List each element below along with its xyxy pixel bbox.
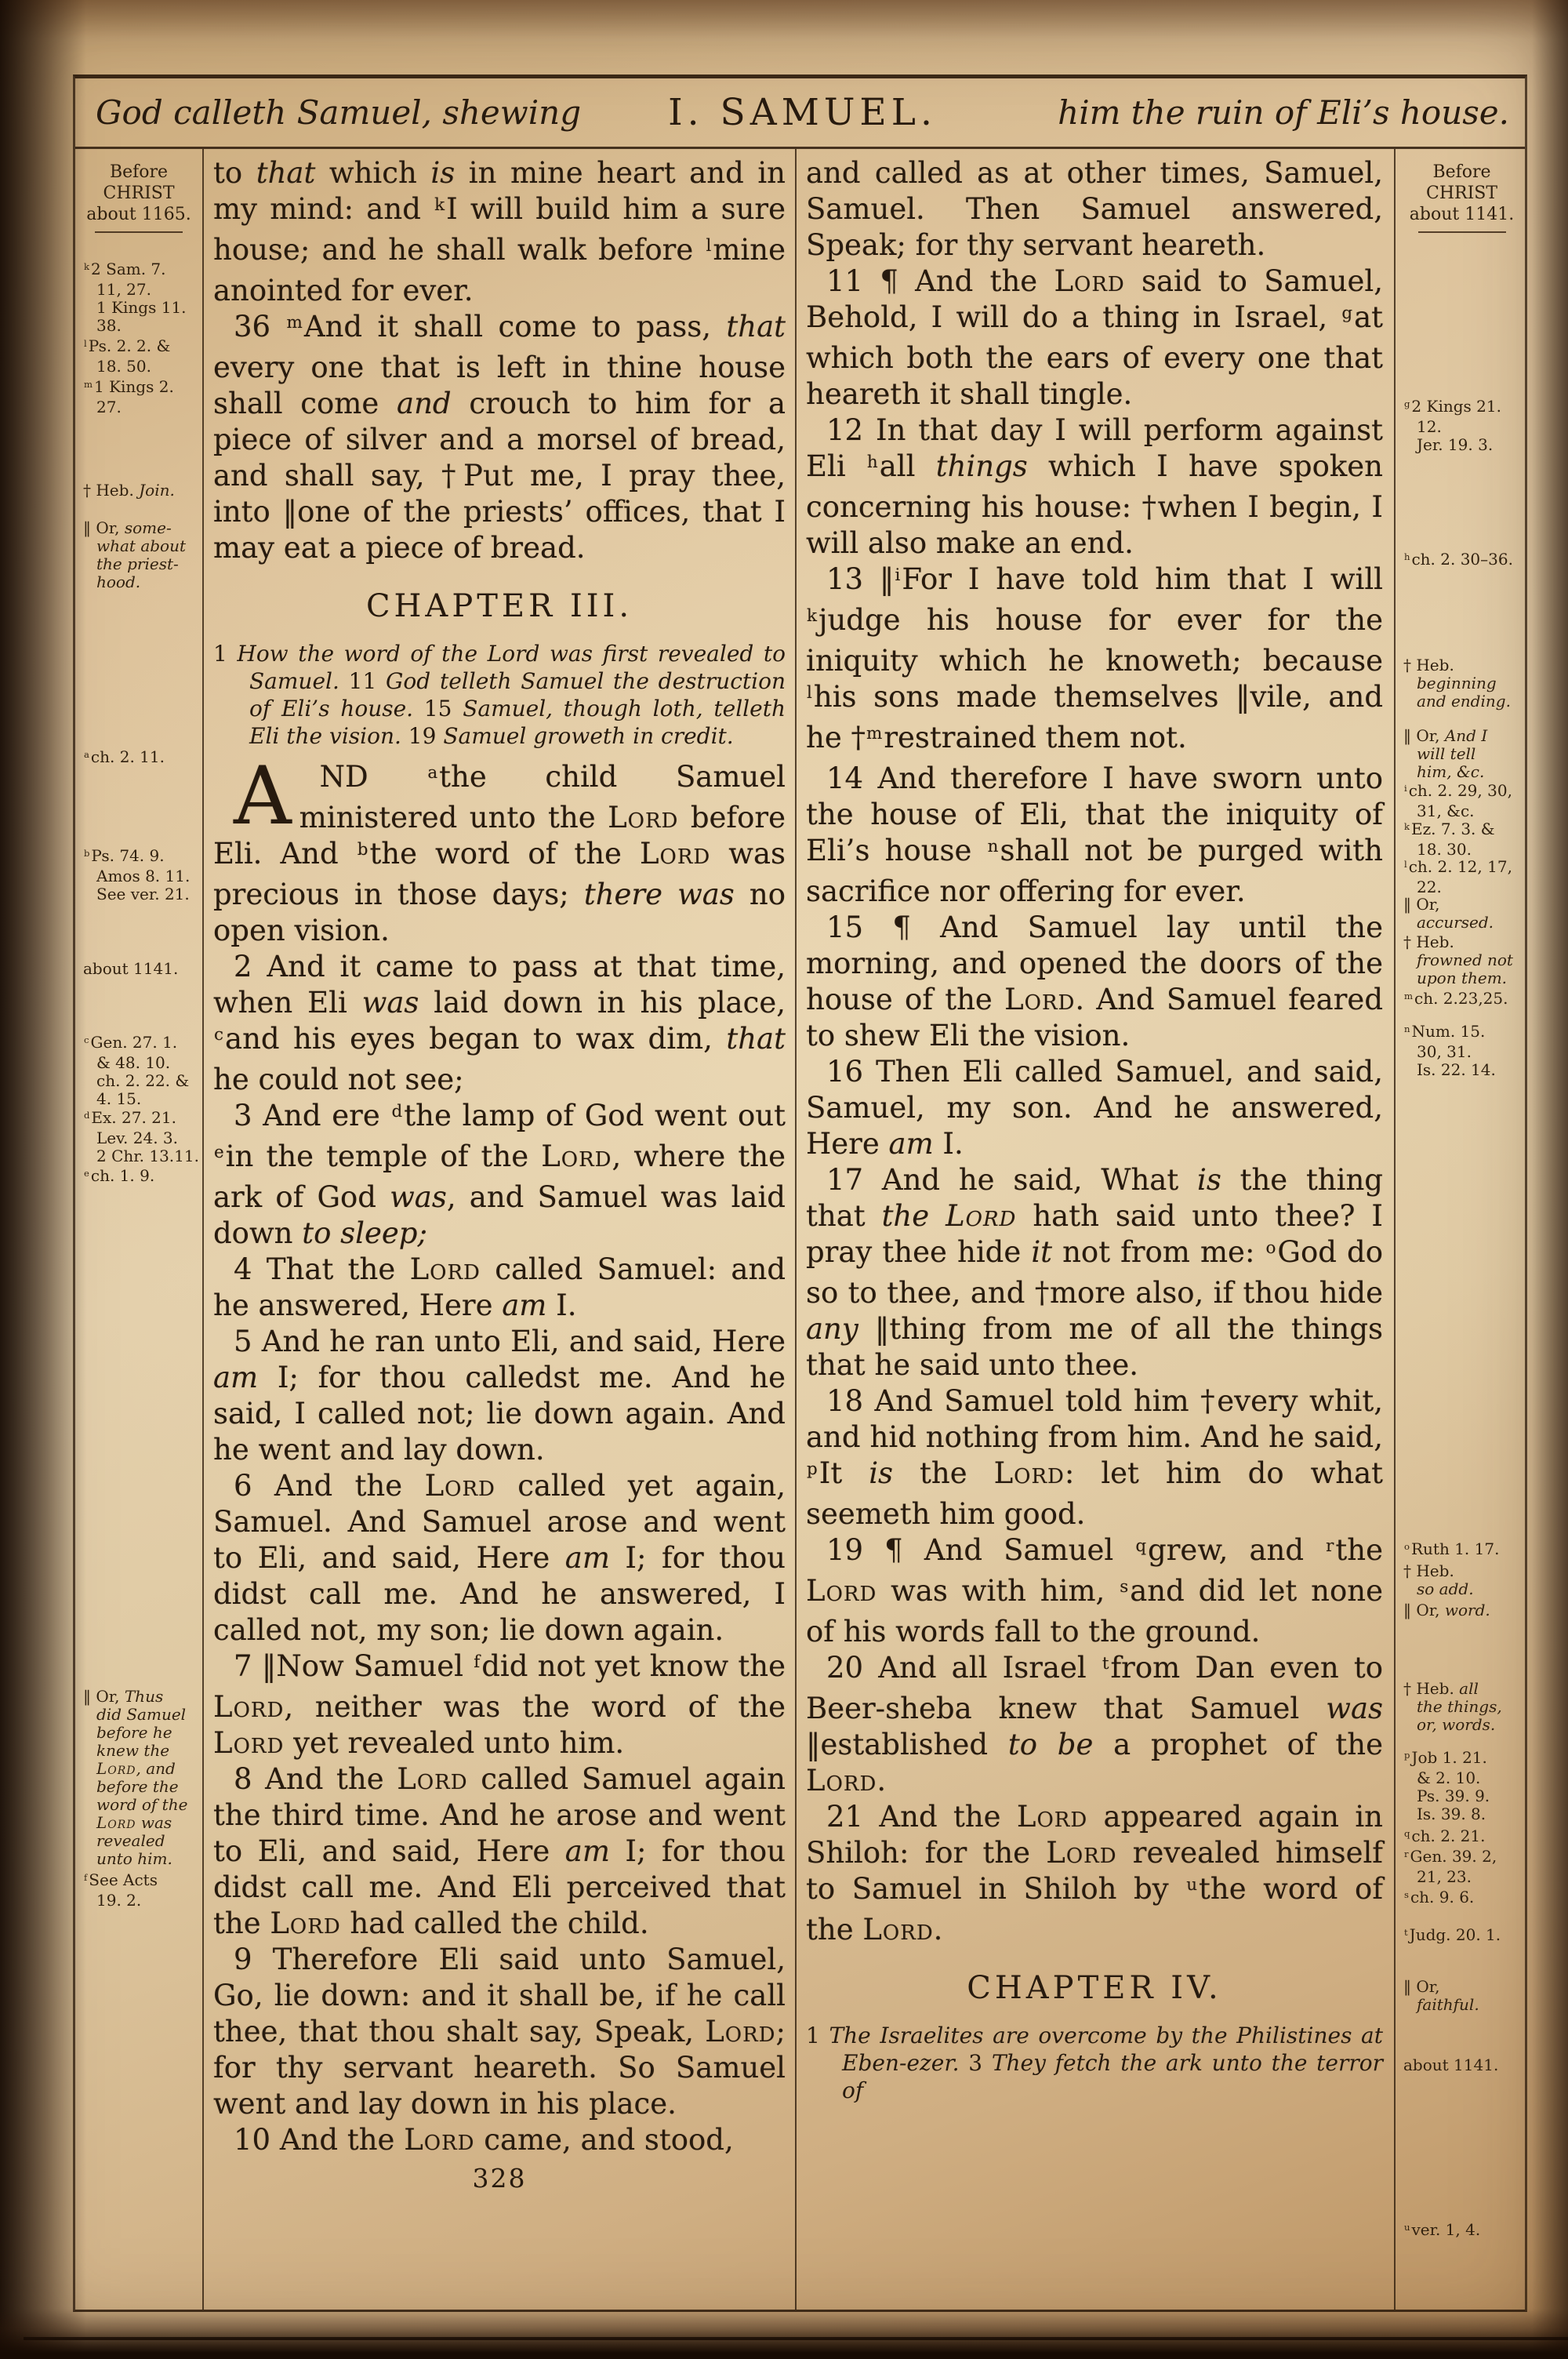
- verse-paragraph: and called as at other times, Samuel, Sa…: [806, 155, 1383, 264]
- verse-paragraph: 3 And ere dthe lamp of God went out ein …: [213, 1098, 786, 1252]
- drop-cap: A: [213, 759, 299, 828]
- margin-note: oRuth 1. 17.: [1403, 1540, 1525, 1561]
- margin-note: k2 Sam. 7.11, 27.1 Kings 11.38.: [83, 260, 199, 335]
- margin-note: about 1141.: [83, 960, 199, 978]
- margin-note: ‖ Or, And Iwill tellhim, &c.: [1403, 727, 1525, 781]
- margin-note: nNum. 15.30, 31.Is. 22. 14.: [1403, 1023, 1525, 1079]
- verse-paragraph: 11 ¶ And the Lord said to Samuel, Behold…: [806, 264, 1383, 413]
- margin-note: lch. 2. 12, 17,22.: [1403, 858, 1525, 896]
- chapter-heading: CHAPTER III.: [213, 588, 786, 624]
- book-gutter-shadow: [0, 0, 86, 2359]
- margin-note: about 1141.: [1403, 2056, 1525, 2074]
- margin-note: mch. 2.23,25.: [1403, 990, 1525, 1010]
- page-edge-line: [24, 2337, 1568, 2340]
- before-christ-header: BeforeCHRISTabout 1165.: [75, 162, 202, 233]
- running-head-left: God calleth Samuel, shewing: [75, 93, 644, 132]
- verse-paragraph: 5 And he ran unto Eli, and said, Here am…: [213, 1324, 786, 1468]
- verse-paragraph: 21 And the Lord appeared again in Shiloh…: [806, 1799, 1383, 1948]
- verse-paragraph: to that which is in mine heart and in my…: [213, 155, 786, 309]
- margin-note: † Heb. allthe things,or, words.: [1403, 1680, 1525, 1734]
- verse-paragraph: 10 And the Lord came, and stood,: [213, 2122, 786, 2158]
- scanned-bible-page: God calleth Samuel, shewing I. SAMUEL. h…: [0, 0, 1568, 2359]
- verse-paragraph: 18 And Samuel told him †every whit, and …: [806, 1383, 1383, 1532]
- before-christ-header: BeforeCHRISTabout 1141.: [1396, 162, 1528, 233]
- verse-paragraph: 13 ‖iFor I have told him that I will kju…: [806, 562, 1383, 761]
- margin-note: sch. 9. 6.: [1403, 1888, 1525, 1909]
- verse-paragraph: 15 ¶ And Samuel lay until the morning, a…: [806, 910, 1383, 1054]
- margin-note: g2 Kings 21.12.Jer. 19. 3.: [1403, 398, 1525, 454]
- verse-paragraph: 16 Then Eli called Samuel, and said, Sam…: [806, 1054, 1383, 1162]
- page-number: 328: [213, 2163, 786, 2194]
- running-head: God calleth Samuel, shewing I. SAMUEL. h…: [75, 78, 1525, 149]
- margin-note: ‖ Or, word.: [1403, 1601, 1525, 1619]
- margin-note: ich. 2. 29, 30,31, &c.: [1403, 782, 1525, 820]
- margin-note: lPs. 2. 2. &18. 50.: [83, 337, 199, 376]
- left-text-column: to that which is in mine heart and in my…: [204, 149, 795, 2310]
- verse-paragraph: 14 And therefore I have sworn unto the h…: [806, 761, 1383, 910]
- verse-paragraph: 17 And he said, What is the thing that t…: [806, 1162, 1383, 1383]
- right-margin-column: BeforeCHRISTabout 1141.g2 Kings 21.12.Je…: [1396, 149, 1528, 2310]
- margin-rule: [1418, 231, 1506, 233]
- margin-note: tJudg. 20. 1.: [1403, 1926, 1525, 1946]
- margin-note: † Heb.frowned notupon them.: [1403, 933, 1525, 987]
- verse-paragraph: 2 And it came to pass at that time, when…: [213, 949, 786, 1098]
- margin-note: fSee Acts19. 2.: [83, 1871, 199, 1910]
- verse-paragraph: 4 That the Lord called Samuel: and he an…: [213, 1252, 786, 1324]
- margin-note: dEx. 27. 21.Lev. 24. 3.2 Chr. 13.11.: [83, 1109, 199, 1165]
- right-edge-shadow: [1532, 0, 1568, 2359]
- verse-paragraph: 19 ¶ And Samuel qgrew, and rthe Lord was…: [806, 1532, 1383, 1650]
- verse-paragraph: 12 In that day I will perform against El…: [806, 413, 1383, 562]
- margin-note: qch. 2. 21.: [1403, 1827, 1525, 1848]
- verse-paragraph: AND athe child Samuel ministered unto th…: [213, 759, 786, 949]
- chapter-summary: 1 How the word of the Lord was first rev…: [213, 640, 786, 750]
- margin-note: hch. 2. 30–36.: [1403, 551, 1525, 571]
- running-head-title: I. SAMUEL.: [644, 91, 960, 134]
- margin-note: m1 Kings 2.27.: [83, 378, 199, 416]
- margin-note: † Heb.so add.: [1403, 1562, 1525, 1598]
- verse-paragraph: 8 And the Lord called Samuel again the t…: [213, 1761, 786, 1942]
- margin-note: ‖ Or, some-what aboutthe priest-hood.: [83, 519, 199, 591]
- margin-note: cGen. 27. 1.& 48. 10.ch. 2. 22. &4. 15.: [83, 1034, 199, 1108]
- running-head-right: him the ruin of Eli’s house.: [960, 93, 1525, 132]
- margin-note: rGen. 39. 2,21, 23.: [1403, 1848, 1525, 1886]
- margin-rule: [95, 231, 183, 233]
- margin-note: ‖ Or,accursed.: [1403, 896, 1525, 932]
- verse-paragraph: 6 And the Lord called yet again, Samuel.…: [213, 1468, 786, 1648]
- margin-note: ‖ Or,faithful.: [1403, 1978, 1525, 2014]
- chapter-heading: CHAPTER IV.: [806, 1970, 1383, 2006]
- right-text-column: and called as at other times, Samuel, Sa…: [797, 149, 1394, 2310]
- verse-paragraph: 20 And all Israel tfrom Dan even to Beer…: [806, 1650, 1383, 1799]
- margin-note: ech. 1. 9.: [83, 1167, 199, 1187]
- chapter-summary: 1 The Israelites are overcome by the Phi…: [806, 2022, 1383, 2104]
- margin-note: † Heb. Join.: [83, 482, 199, 500]
- margin-note: bPs. 74. 9.Amos 8. 11.See ver. 21.: [83, 847, 199, 903]
- verse-paragraph: 9 Therefore Eli said unto Samuel, Go, li…: [213, 1942, 786, 2122]
- margin-note: ach. 2. 11.: [83, 748, 199, 769]
- margin-note: uver. 1, 4.: [1403, 2221, 1525, 2241]
- margin-note: ‖ Or, Thusdid Samuelbefore heknew theLor…: [83, 1688, 199, 1868]
- margin-note: pJob 1. 21.& 2. 10.Ps. 39. 9.Is. 39. 8.: [1403, 1749, 1525, 1823]
- verse-paragraph: 7 ‖Now Samuel fdid not yet know the Lord…: [213, 1648, 786, 1761]
- page-frame: God calleth Samuel, shewing I. SAMUEL. h…: [73, 75, 1527, 2312]
- verse-paragraph: 36 mAnd it shall come to pass, that ever…: [213, 309, 786, 566]
- left-margin-column: BeforeCHRISTabout 1165.k2 Sam. 7.11, 27.…: [75, 149, 202, 2310]
- bottom-page-edge: [0, 2309, 1568, 2359]
- margin-note: † Heb.beginningand ending.: [1403, 656, 1525, 711]
- margin-note: kEz. 7. 3. &18. 30.: [1403, 820, 1525, 859]
- top-edge-shadow: [0, 0, 1568, 39]
